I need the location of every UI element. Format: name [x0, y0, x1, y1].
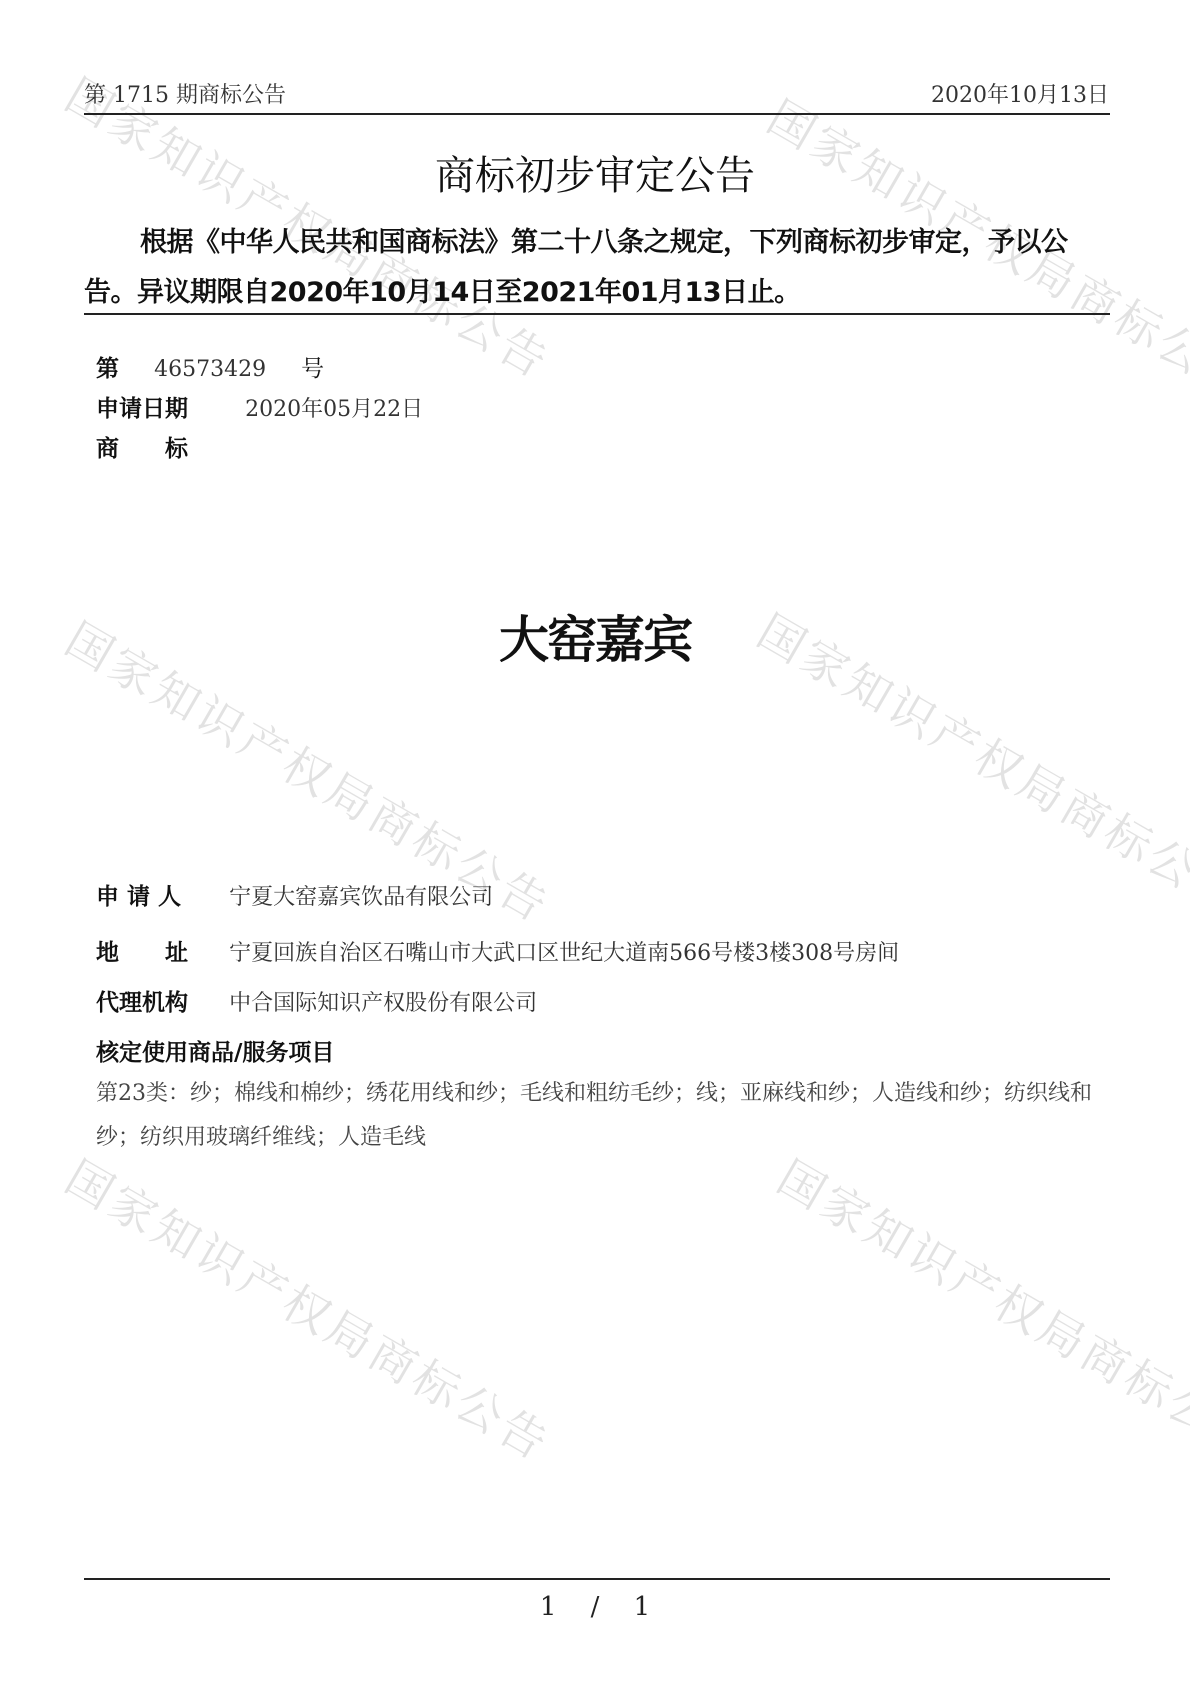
address-label: 地 址: [96, 934, 224, 967]
section-divider: [84, 313, 1110, 315]
page-number: 1 / 1: [0, 1592, 1190, 1622]
filing-date: 2020年05月22日: [245, 397, 423, 422]
trademark-logo: 大窑嘉宾: [0, 600, 1190, 672]
registration-number: 46573429: [154, 357, 266, 382]
filing-date-row: 申请日期 2020年05月22日: [96, 390, 423, 423]
agent-value: 中合国际知识产权股份有限公司: [229, 991, 537, 1016]
agent-row: 代理机构 中合国际知识产权股份有限公司: [96, 984, 537, 1017]
header-divider: [84, 113, 1110, 115]
mark-label: 商 标: [96, 436, 188, 462]
address-value: 宁夏回族自治区石嘴山市大武口区世纪大道南566号楼3楼308号房间: [229, 941, 899, 966]
mark-row: 商 标: [96, 430, 188, 463]
applicant-row: 申 请 人 宁夏大窑嘉宾饮品有限公司: [96, 878, 493, 911]
issue-date: 2020年10月13日: [931, 78, 1109, 109]
goods-list: 第23类：纱；棉线和棉纱；绣花用线和纱；毛线和粗纺毛纱；线；亚麻线和纱；人造线和…: [96, 1072, 1116, 1160]
page-title: 商标初步审定公告: [0, 144, 1190, 201]
address-row: 地 址 宁夏回族自治区石嘴山市大武口区世纪大道南566号楼3楼308号房间: [96, 934, 899, 967]
applicant-label: 申 请 人: [96, 878, 224, 911]
registration-number-row: 第 46573429 号: [96, 350, 324, 383]
footer-divider: [84, 1578, 1110, 1580]
watermark: 国家知识产权局商标公告: [55, 1142, 564, 1474]
agent-label: 代理机构: [96, 984, 224, 1017]
number-suffix: 号: [301, 356, 324, 382]
goods-label: 核定使用商品/服务项目: [96, 1034, 334, 1067]
applicant-name: 宁夏大窑嘉宾饮品有限公司: [229, 885, 493, 910]
issue-number: 第 1715 期商标公告: [84, 78, 286, 109]
watermark: 国家知识产权局商标公告: [767, 1142, 1190, 1474]
number-prefix: 第: [96, 356, 119, 382]
intro-paragraph: 根据《中华人民共和国商标法》第二十八条之规定，下列商标初步审定，予以公告。异议期…: [84, 218, 1114, 318]
filing-date-label: 申请日期: [96, 396, 188, 422]
